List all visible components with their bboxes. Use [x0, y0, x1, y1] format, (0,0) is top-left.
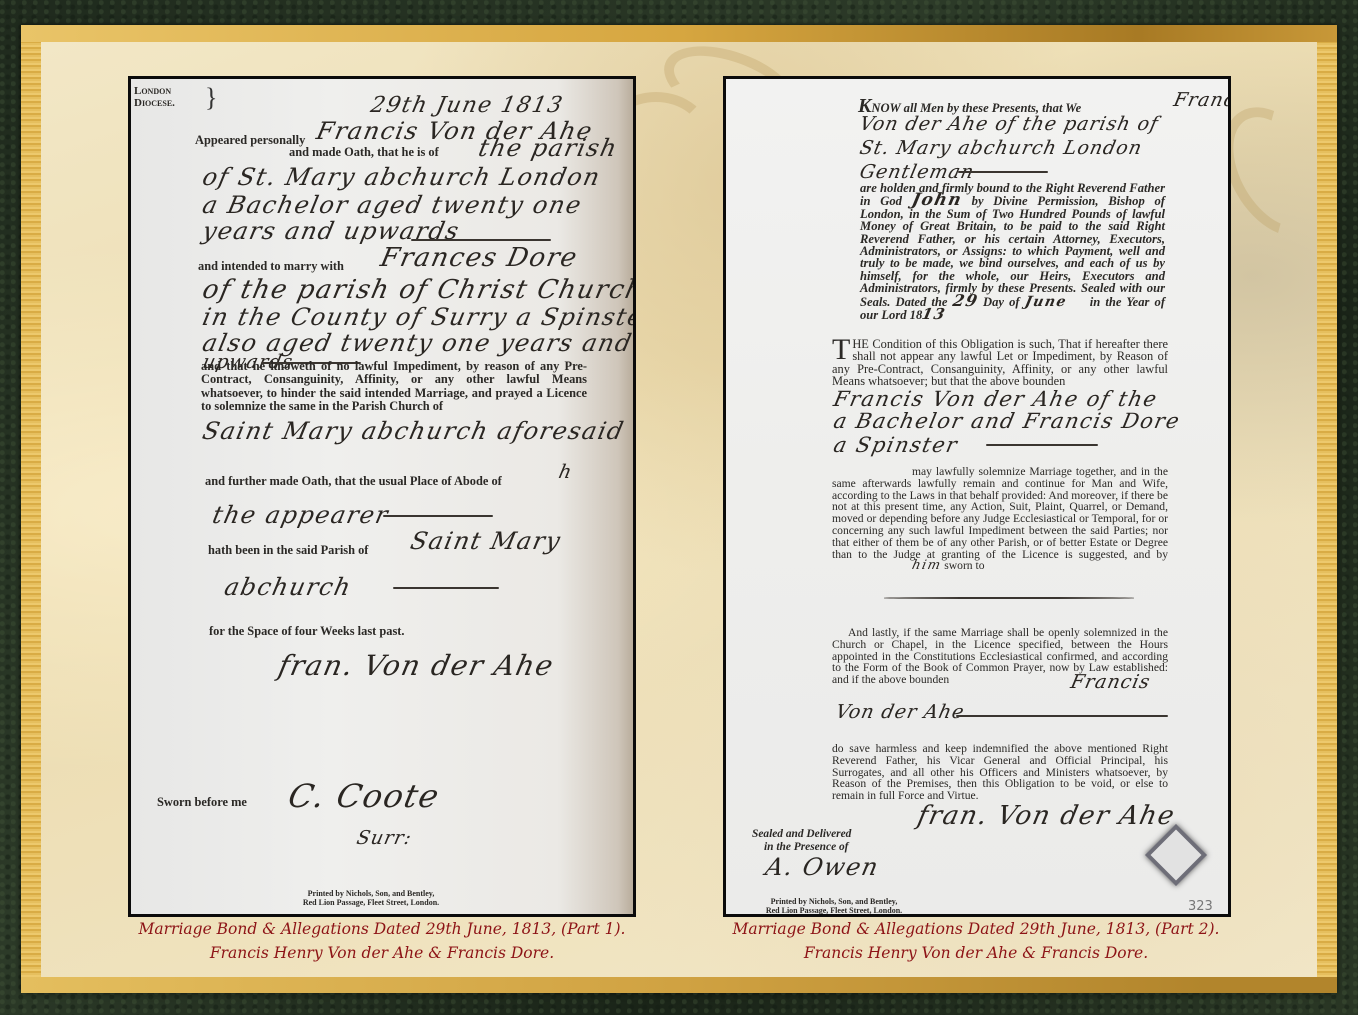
blank-fill-rule	[393, 587, 499, 589]
marriage-bond-document: KNOW all Men by these Presents, that We …	[723, 76, 1231, 917]
blank-fill-rule	[958, 171, 1048, 173]
printer-line-2: Red Lion Passage, Fleet Street, London.	[281, 898, 461, 907]
parties-handwritten-1: Francis Von der Ahe of the	[831, 387, 1160, 411]
bondsman-handwritten-2: Von der Ahe of the parish of	[858, 113, 1161, 135]
save-harmless-text: do save harmless and keep indemnified th…	[832, 742, 1168, 802]
sworn-before-label: Sworn before me	[157, 795, 247, 810]
sworn-to-label: sworn to	[944, 559, 984, 572]
caption-part-2: Marriage Bond & Allegations Dated 29th J…	[716, 917, 1236, 965]
diocese-label-line2: Diocese.	[134, 98, 175, 109]
bondsman-handwritten-1: Francis	[1172, 89, 1231, 111]
bound-paragraph: are holden and firmly bound to the Right…	[860, 182, 1165, 321]
intended-marry-label: and intended to marry with	[198, 259, 344, 274]
abode-handwritten: the appearer	[210, 501, 392, 529]
dated-month-handwritten: June	[1023, 296, 1086, 308]
sealed-delivered-line2: in the Presence of	[764, 841, 848, 853]
flourish-rule	[884, 597, 1134, 599]
blank-fill-rule	[986, 444, 1098, 446]
brace-icon: }	[205, 83, 217, 113]
hath-been-handwritten-2: abchurch	[222, 573, 354, 601]
solemnize-text: may lawfully solemnize Marriage together…	[832, 465, 1168, 561]
allegation-document: London Diocese. } 29th June 1813 Appeare…	[128, 76, 636, 917]
parties-handwritten-2: a Bachelor and Francis Dore	[831, 409, 1182, 433]
caption-part-1-line1: Marriage Bond & Allegations Dated 29th J…	[128, 917, 636, 941]
condition-text: HE Condition of this Obligation is such,…	[832, 337, 1168, 388]
further-oath-label: and further made Oath, that the usual Pl…	[205, 474, 502, 489]
principal-signature: fran. Von der Ahe	[915, 801, 1178, 831]
made-oath-label: and made Oath, that he is of	[289, 145, 439, 160]
blank-fill-rule	[411, 239, 551, 241]
witness-signature: A. Owen	[763, 853, 882, 881]
impediment-paragraph: and that he knoweth of no lawful Impedim…	[201, 360, 587, 414]
bounden-handwritten-1: Francis	[1069, 671, 1153, 693]
blank-fill-rule	[956, 715, 1168, 717]
parish-handwritten-1: the parish	[476, 134, 620, 162]
printer-line-1: Printed by Nichols, Son, and Bentley,	[281, 889, 461, 898]
bishop-name-handwritten: John	[910, 194, 963, 206]
condition-dropcap: T	[832, 338, 850, 362]
wax-seal-icon	[1145, 824, 1207, 886]
sealed-delivered-line1: Sealed and Delivered	[752, 828, 851, 840]
space-of-weeks-label: for the Space of four Weeks last past.	[209, 624, 405, 639]
parish-handwritten-2: of St. Mary abchurch London	[200, 163, 603, 191]
caption-part-2-line1: Marriage Bond & Allegations Dated 29th J…	[716, 917, 1236, 941]
surrogate-signature: C. Coote	[285, 777, 444, 815]
printer-line-2: Red Lion Passage, Fleet Street, London.	[754, 906, 914, 915]
diocese-label-line1: London	[134, 86, 171, 97]
caption-part-1-line2: Francis Henry Von der Ahe & Francis Dore…	[128, 941, 636, 965]
surrogate-title: Surr:	[355, 827, 415, 849]
abode-handwritten-mark: h	[557, 461, 575, 483]
bride-parish-handwritten-2: in the County of Surry a Spinster	[200, 303, 636, 331]
church-handwritten: Saint Mary abchurch aforesaid	[200, 417, 627, 445]
caption-part-1: Marriage Bond & Allegations Dated 29th J…	[128, 917, 636, 965]
bound-text-b: by Divine Permission, Bishop of London, …	[860, 194, 1165, 308]
year-suffix-handwritten: 13	[921, 308, 948, 320]
bounden-handwritten-2: Von der Ahe	[834, 701, 967, 723]
parties-handwritten-3: a Spinster	[831, 433, 960, 457]
hath-been-label: hath been in the said Parish of	[208, 543, 368, 558]
bride-parish-handwritten-1: of the parish of Christ Church	[200, 275, 636, 305]
bondsman-handwritten-3: St. Mary abchurch London	[858, 137, 1145, 159]
printer-imprint: Printed by Nichols, Son, and Bentley, Re…	[754, 897, 914, 915]
printer-line-1: Printed by Nichols, Son, and Bentley,	[754, 897, 914, 906]
parish-handwritten-3: a Bachelor aged twenty one	[200, 191, 585, 219]
day-of-label: Day of	[983, 295, 1020, 309]
blank-fill-rule	[383, 515, 493, 517]
dated-day-handwritten: 29	[951, 295, 979, 307]
solemnize-paragraph: may lawfully solemnize Marriage together…	[832, 466, 1168, 572]
page-number: 323	[1188, 899, 1213, 914]
condition-paragraph: THE Condition of this Obligation is such…	[832, 338, 1168, 387]
sworn-handwritten: him	[831, 560, 943, 572]
hath-been-handwritten-1: Saint Mary	[408, 527, 564, 555]
printer-imprint: Printed by Nichols, Son, and Bentley, Re…	[281, 889, 461, 907]
bride-name-handwritten: Frances Dore	[378, 243, 581, 273]
appellant-signature: fran. Von der Ahe	[275, 649, 557, 682]
save-harmless-paragraph: do save harmless and keep indemnified th…	[832, 743, 1168, 802]
date-handwritten: 29th June 1813	[368, 93, 565, 118]
caption-part-2-line2: Francis Henry Von der Ahe & Francis Dore…	[716, 941, 1236, 965]
